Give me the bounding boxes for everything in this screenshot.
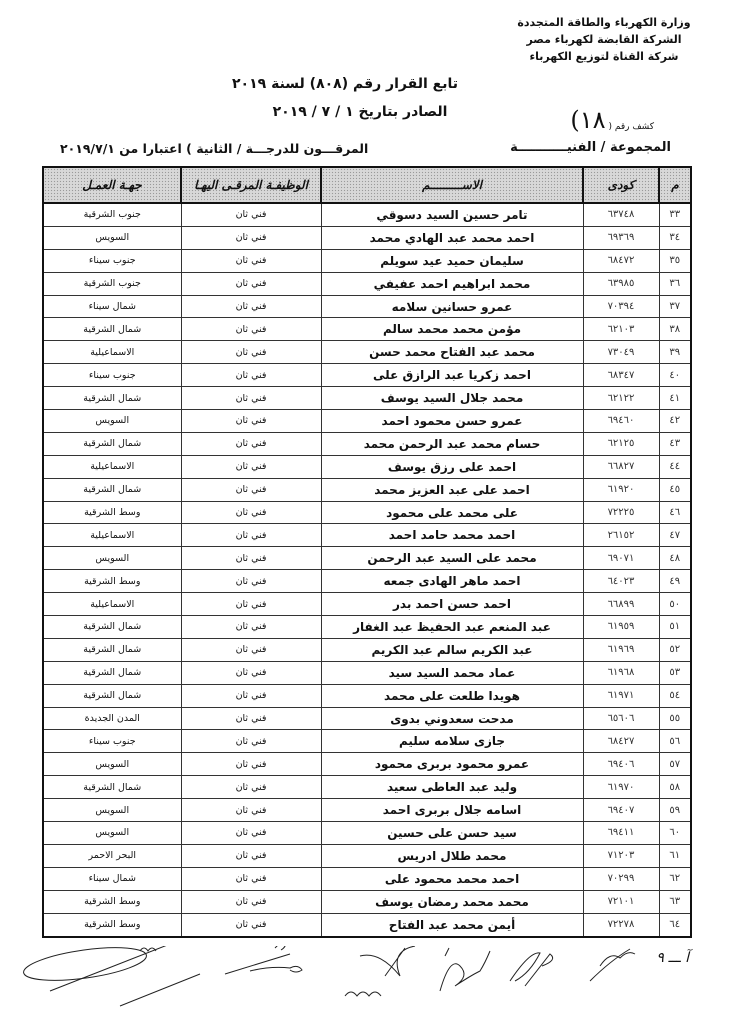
row-index: ٥٥ — [659, 707, 691, 730]
employee-code: ٧٣٠٤٩ — [583, 341, 659, 364]
employee-code: ٦٩٤١١ — [583, 822, 659, 845]
sheet-label: كشف رقم ( — [608, 122, 654, 132]
table-row: ٥٩٦٩٤٠٧اسامه جلال بربرى احمدفني ثانالسوي… — [43, 799, 691, 822]
promoted-job: فني ثان — [181, 593, 321, 616]
row-index: ٥٧ — [659, 753, 691, 776]
signature-1 — [22, 946, 200, 1006]
table-row: ٥٨٦١٩٧٠وليد عبد العاطى سعيدفني ثانشمال ا… — [43, 776, 691, 799]
promoted-job: فني ثان — [181, 272, 321, 295]
work-location: شمال الشرقية — [43, 432, 181, 455]
holding-company-line: الشركة القابضة لكهرباء مصر — [489, 31, 719, 48]
employee-code: ٧٠٢٩٩ — [583, 867, 659, 890]
table-row: ٦٣٧٢١٠١محمد محمد رمضان يوسففني ثانوسط ال… — [43, 890, 691, 913]
employee-name: محمد ابراهيم احمد عفيفي — [321, 272, 583, 295]
row-index: ٣٣ — [659, 203, 691, 226]
employee-code: ٦١٩٥٩ — [583, 616, 659, 639]
column-header-index: م — [659, 167, 691, 203]
row-index: ٤٢ — [659, 410, 691, 433]
employee-name: احمد على عبد العزيز محمد — [321, 478, 583, 501]
employee-code: ٦١٩٧٠ — [583, 776, 659, 799]
employee-name: احمد على رزق يوسف — [321, 455, 583, 478]
table-row: ٣٣٦٣٧٤٨تامر حسين السيد دسوقيفني ثانجنوب … — [43, 203, 691, 226]
work-location: البحر الاحمر — [43, 844, 181, 867]
employee-code: ٦٨٤٧٢ — [583, 249, 659, 272]
promoted-job: فني ثان — [181, 684, 321, 707]
table-row: ٤٦٧٢٢٢٥على محمد على محمودفني ثانوسط الشر… — [43, 501, 691, 524]
employee-code: ٦٣٧٤٨ — [583, 203, 659, 226]
employee-code: ٦٢١٢٥ — [583, 432, 659, 455]
work-location: شمال سيناء — [43, 295, 181, 318]
issue-date: الصادر بتاريخ ١ / ٧ / ٢٠١٩ — [260, 104, 460, 120]
promoted-job: فني ثان — [181, 455, 321, 478]
row-index: ٣٨ — [659, 318, 691, 341]
table-row: ٦٢٧٠٢٩٩احمد محمد محمود علىفني ثانشمال سي… — [43, 867, 691, 890]
promoted-job: فني ثان — [181, 295, 321, 318]
column-header-code: كودى — [583, 167, 659, 203]
employee-name: محمد محمد رمضان يوسف — [321, 890, 583, 913]
work-location: السويس — [43, 799, 181, 822]
row-index: ٥١ — [659, 616, 691, 639]
signature-3 — [345, 946, 415, 996]
employee-code: ٦١٩٢٠ — [583, 478, 659, 501]
promoted-job: فني ثان — [181, 410, 321, 433]
employee-name: على محمد على محمود — [321, 501, 583, 524]
column-header-location: جهـة العمـل — [43, 167, 181, 203]
table-row: ٥٣٦١٩٦٨عماد محمد السيد سيدفني ثانشمال ال… — [43, 661, 691, 684]
employee-name: عمرو محمود بربرى محمود — [321, 753, 583, 776]
row-index: ٥٢ — [659, 638, 691, 661]
employee-code: ٧٢٢٢٥ — [583, 501, 659, 524]
table-row: ٤٤٦٦٨٢٧احمد على رزق يوسففني ثانالاسماعيل… — [43, 455, 691, 478]
table-row: ٤٥٦١٩٢٠احمد على عبد العزيز محمدفني ثانشم… — [43, 478, 691, 501]
work-location: شمال الشرقية — [43, 776, 181, 799]
employee-name: عمرو حسانين سلامه — [321, 295, 583, 318]
promoted-job: فني ثان — [181, 203, 321, 226]
work-location: السويس — [43, 547, 181, 570]
promoted-job: فني ثان — [181, 570, 321, 593]
table-row: ٥٧٦٩٤٠٦عمرو محمود بربرى محمودفني ثانالسو… — [43, 753, 691, 776]
employee-name: عمرو حسن محمود احمد — [321, 410, 583, 433]
promoted-job: فني ثان — [181, 341, 321, 364]
table-row: ٥٥٦٥٦٠٦مدحت سعدوني بدوىفني ثانالمدن الجد… — [43, 707, 691, 730]
employee-name: مدحت سعدوني بدوى — [321, 707, 583, 730]
table-header-row: م كودى الاســـــــــم الوظيفـة المرقـى ا… — [43, 167, 691, 203]
promoted-job: فني ثان — [181, 776, 321, 799]
employee-name: مؤمن محمد محمد سالم — [321, 318, 583, 341]
promoted-job: فني ثان — [181, 318, 321, 341]
employee-name: جازى سلامه سليم — [321, 730, 583, 753]
employee-name: عبد الكريم سالم عبد الكريم — [321, 638, 583, 661]
work-location: شمال الشرقية — [43, 638, 181, 661]
work-location: شمال سيناء — [43, 867, 181, 890]
row-index: ٥٣ — [659, 661, 691, 684]
promoted-job: فني ثان — [181, 913, 321, 936]
table-row: ٤٩٦٤٠٢٣احمد ماهر الهادى جمعهفني ثانوسط ا… — [43, 570, 691, 593]
row-index: ٤٧ — [659, 524, 691, 547]
decision-title: تابع القرار رقم (٨٠٨) لسنة ٢٠١٩ — [230, 76, 460, 92]
table-row: ٣٦٦٣٩٨٥محمد ابراهيم احمد عفيفيفني ثانجنو… — [43, 272, 691, 295]
work-location: جنوب سيناء — [43, 364, 181, 387]
table-row: ٥٠٦٦٨٩٩احمد حسن احمد بدرفني ثانالاسماعيل… — [43, 593, 691, 616]
row-index: ٦١ — [659, 844, 691, 867]
table-row: ٦٤٧٢٢٧٨أيمن محمد عبد الفتاحفني ثانوسط ال… — [43, 913, 691, 936]
ministry-line: وزارة الكهرباء والطاقة المتجددة — [489, 14, 719, 31]
employee-code: ٦٢١٠٣ — [583, 318, 659, 341]
row-index: ٦٠ — [659, 822, 691, 845]
work-location: وسط الشرقية — [43, 890, 181, 913]
employee-name: تامر حسين السيد دسوقي — [321, 203, 583, 226]
employee-name: أيمن محمد عبد الفتاح — [321, 913, 583, 936]
work-location: الاسماعيلية — [43, 524, 181, 547]
row-index: ٤٠ — [659, 364, 691, 387]
row-index: ٥٤ — [659, 684, 691, 707]
table-row: ٤٨٦٩٠٧١محمد على السيد عبد الرحمنفني ثانا… — [43, 547, 691, 570]
table-row: ٥١٦١٩٥٩عبد المنعم عبد الحفيظ عبد الغفارف… — [43, 616, 691, 639]
signature-2 — [225, 946, 302, 974]
promoted-job: فني ثان — [181, 432, 321, 455]
promoted-job: فني ثان — [181, 844, 321, 867]
promoted-job: فني ثان — [181, 753, 321, 776]
employee-code: ٦٣٩٨٥ — [583, 272, 659, 295]
employee-code: ٧٢١٠١ — [583, 890, 659, 913]
signature-4 — [440, 948, 490, 991]
work-location: السويس — [43, 753, 181, 776]
employee-name: سيد حسن على حسين — [321, 822, 583, 845]
row-index: ٥٠ — [659, 593, 691, 616]
work-location: المدن الجديدة — [43, 707, 181, 730]
row-index: ٤٤ — [659, 455, 691, 478]
promoted-job: فني ثان — [181, 478, 321, 501]
employee-code: ٦٩٤٠٦ — [583, 753, 659, 776]
employee-code: ٦٨٣٤٧ — [583, 364, 659, 387]
promoted-job: فني ثان — [181, 547, 321, 570]
employee-name: وليد عبد العاطى سعيد — [321, 776, 583, 799]
work-location: السويس — [43, 822, 181, 845]
work-location: شمال الشرقية — [43, 478, 181, 501]
work-location: السويس — [43, 226, 181, 249]
employee-code: ٧٢٢٧٨ — [583, 913, 659, 936]
employee-name: احمد ماهر الهادى جمعه — [321, 570, 583, 593]
row-index: ٥٩ — [659, 799, 691, 822]
employee-code: ٦٨٤٢٧ — [583, 730, 659, 753]
work-location: وسط الشرقية — [43, 570, 181, 593]
promoted-job: فني ثان — [181, 730, 321, 753]
employee-name: محمد على السيد عبد الرحمن — [321, 547, 583, 570]
row-index: ٤٦ — [659, 501, 691, 524]
promotion-note: المرقـــون للدرجـــة / الثانية ) اعتبارا… — [60, 141, 368, 156]
row-index: ٦٤ — [659, 913, 691, 936]
employee-name: محمد جلال السيد يوسف — [321, 387, 583, 410]
work-location: جنوب سيناء — [43, 249, 181, 272]
work-location: شمال الشرقية — [43, 616, 181, 639]
table-row: ٤٧٢٦١٥٢احمد محمد حامد احمدفني ثانالاسماع… — [43, 524, 691, 547]
promoted-job: فني ثان — [181, 890, 321, 913]
work-location: شمال الشرقية — [43, 684, 181, 707]
employee-code: ٧٠٣٩٤ — [583, 295, 659, 318]
table-row: ٣٤٦٩٣٦٩احمد محمد عبد الهادي محمدفني ثانا… — [43, 226, 691, 249]
work-location: وسط الشرقية — [43, 501, 181, 524]
employee-code: ٦٩٤٠٧ — [583, 799, 659, 822]
row-index: ٤٣ — [659, 432, 691, 455]
employee-name: اسامه جلال بربرى احمد — [321, 799, 583, 822]
employee-name: محمد طلال ادريس — [321, 844, 583, 867]
employee-code: ٦٤٠٢٣ — [583, 570, 659, 593]
work-location: شمال الشرقية — [43, 318, 181, 341]
employee-name: احمد محمد عبد الهادي محمد — [321, 226, 583, 249]
work-location: الاسماعيلية — [43, 593, 181, 616]
promoted-job: فني ثان — [181, 501, 321, 524]
signature-6 — [590, 949, 635, 981]
promoted-job: فني ثان — [181, 226, 321, 249]
work-location: السويس — [43, 410, 181, 433]
signature-5 — [510, 953, 553, 986]
employee-code: ٢٦١٥٢ — [583, 524, 659, 547]
promoted-job: فني ثان — [181, 707, 321, 730]
table-row: ٦١٧١٢٠٣محمد طلال ادريسفني ثانالبحر الاحم… — [43, 844, 691, 867]
employee-code: ٦٦٨٢٧ — [583, 455, 659, 478]
signatures — [0, 946, 729, 1024]
promoted-job: فني ثان — [181, 616, 321, 639]
row-index: ٤٥ — [659, 478, 691, 501]
work-location: شمال الشرقية — [43, 661, 181, 684]
row-index: ٣٤ — [659, 226, 691, 249]
row-index: ٥٨ — [659, 776, 691, 799]
employee-name: احمد حسن احمد بدر — [321, 593, 583, 616]
group-label: المجموعة / الفنيـــــــــــة — [510, 140, 671, 155]
table-row: ٣٧٧٠٣٩٤عمرو حسانين سلامهفني ثانشمال سينا… — [43, 295, 691, 318]
row-index: ٣٩ — [659, 341, 691, 364]
table-row: ٦٠٦٩٤١١سيد حسن على حسينفني ثانالسويس — [43, 822, 691, 845]
employee-code: ٦٩٣٦٩ — [583, 226, 659, 249]
row-index: ٤٨ — [659, 547, 691, 570]
employee-name: احمد محمد محمود على — [321, 867, 583, 890]
table-body: ٣٣٦٣٧٤٨تامر حسين السيد دسوقيفني ثانجنوب … — [43, 203, 691, 937]
table-row: ٤٠٦٨٣٤٧احمد زكريا عبد الرازق علىفني ثانج… — [43, 364, 691, 387]
promoted-job: فني ثان — [181, 822, 321, 845]
promoted-job: فني ثان — [181, 867, 321, 890]
employee-code: ٦١٩٦٩ — [583, 638, 659, 661]
row-index: ٣٥ — [659, 249, 691, 272]
work-location: جنوب الشرقية — [43, 203, 181, 226]
promoted-job: فني ثان — [181, 364, 321, 387]
employee-name: حسام محمد عبد الرحمن محمد — [321, 432, 583, 455]
row-index: ٥٦ — [659, 730, 691, 753]
table-row: ٣٨٦٢١٠٣مؤمن محمد محمد سالمفني ثانشمال ال… — [43, 318, 691, 341]
promoted-job: فني ثان — [181, 638, 321, 661]
table-row: ٤٢٦٩٤٦٠عمرو حسن محمود احمدفني ثانالسويس — [43, 410, 691, 433]
row-index: ٤٩ — [659, 570, 691, 593]
table-row: ٤١٦٢١٢٢محمد جلال السيد يوسففني ثانشمال ا… — [43, 387, 691, 410]
employee-code: ٦٩٤٦٠ — [583, 410, 659, 433]
table-row: ٣٥٦٨٤٧٢سليمان حميد عيد سويلمفني ثانجنوب … — [43, 249, 691, 272]
promoted-job: فني ثان — [181, 524, 321, 547]
promoted-job: فني ثان — [181, 799, 321, 822]
work-location: جنوب الشرقية — [43, 272, 181, 295]
employee-name: هويدا طلعت على محمد — [321, 684, 583, 707]
employee-name: عبد المنعم عبد الحفيظ عبد الغفار — [321, 616, 583, 639]
employee-code: ٦٢١٢٢ — [583, 387, 659, 410]
organization-header: وزارة الكهرباء والطاقة المتجددة الشركة ا… — [489, 14, 719, 65]
employee-name: سليمان حميد عيد سويلم — [321, 249, 583, 272]
promotion-table: م كودى الاســـــــــم الوظيفـة المرقـى ا… — [42, 166, 692, 938]
column-header-job: الوظيفـة المرقـى اليهـا — [181, 167, 321, 203]
column-header-name: الاســـــــــم — [321, 167, 583, 203]
employee-code: ٦٦٨٩٩ — [583, 593, 659, 616]
distribution-company-line: شركة القناة لتوزيع الكهرباء — [489, 48, 719, 65]
promoted-job: فني ثان — [181, 387, 321, 410]
employee-name: احمد زكريا عبد الرازق على — [321, 364, 583, 387]
employee-name: عماد محمد السيد سيد — [321, 661, 583, 684]
table-row: ٥٢٦١٩٦٩عبد الكريم سالم عبد الكريمفني ثان… — [43, 638, 691, 661]
sheet-number: ١٨) — [570, 108, 605, 132]
row-index: ٤١ — [659, 387, 691, 410]
employee-code: ٦١٩٧١ — [583, 684, 659, 707]
row-index: ٦٣ — [659, 890, 691, 913]
row-index: ٣٦ — [659, 272, 691, 295]
row-index: ٣٧ — [659, 295, 691, 318]
row-index: ٦٢ — [659, 867, 691, 890]
promoted-job: فني ثان — [181, 249, 321, 272]
work-location: الاسماعيلية — [43, 455, 181, 478]
work-location: جنوب سيناء — [43, 730, 181, 753]
employee-name: احمد محمد حامد احمد — [321, 524, 583, 547]
table-row: ٣٩٧٣٠٤٩محمد عبد الفتاح محمد حسنفني ثانال… — [43, 341, 691, 364]
work-location: الاسماعيلية — [43, 341, 181, 364]
work-location: وسط الشرقية — [43, 913, 181, 936]
table-row: ٥٤٦١٩٧١هويدا طلعت على محمدفني ثانشمال ال… — [43, 684, 691, 707]
employee-code: ٧١٢٠٣ — [583, 844, 659, 867]
employee-code: ٦١٩٦٨ — [583, 661, 659, 684]
employee-code: ٦٥٦٠٦ — [583, 707, 659, 730]
work-location: شمال الشرقية — [43, 387, 181, 410]
table-row: ٥٦٦٨٤٢٧جازى سلامه سليمفني ثانجنوب سيناء — [43, 730, 691, 753]
promoted-job: فني ثان — [181, 661, 321, 684]
employee-code: ٦٩٠٧١ — [583, 547, 659, 570]
employee-name: محمد عبد الفتاح محمد حسن — [321, 341, 583, 364]
table-row: ٤٣٦٢١٢٥حسام محمد عبد الرحمن محمدفني ثانش… — [43, 432, 691, 455]
sheet-number-block: كشف رقم ( ١٨) — [570, 108, 654, 132]
